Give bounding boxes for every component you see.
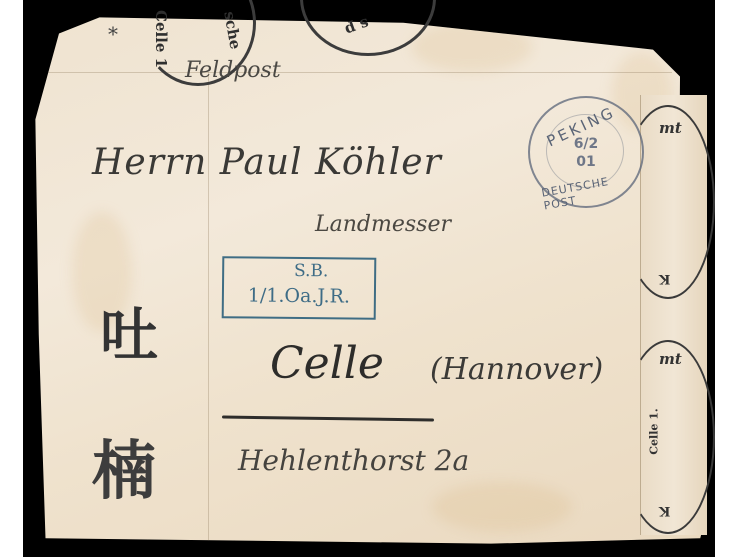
censor-letter-upper: K — [659, 271, 670, 286]
postmark-year: 01 — [530, 154, 642, 170]
left-margin — [0, 0, 23, 557]
stain — [412, 22, 532, 72]
censor-letter-lower: K — [659, 503, 670, 518]
addressee-title: Landmesser — [315, 212, 451, 237]
stain — [432, 482, 572, 532]
postmark-date: 6/2 — [530, 136, 642, 152]
asterisk-mark: * — [108, 22, 118, 46]
handwritten-top-annotation: Feldpost — [185, 58, 281, 83]
address-city: Celle — [270, 338, 384, 389]
unit-marking-line2: 1/1.Oa.J.R. — [224, 284, 374, 308]
censor-text-celle: Celle 1 — [152, 10, 170, 68]
chinese-character-1: 吐 — [100, 288, 158, 372]
addressee-name: Herrn Paul Köhler — [92, 142, 442, 183]
folded-flap: mt mt K K Celle 1. — [640, 95, 707, 535]
chinese-character-2: 楠 — [92, 420, 156, 512]
unit-marking-box: S.B. 1/1.Oa.J.R. — [222, 256, 377, 320]
right-margin — [715, 0, 740, 557]
censor-text-mt-upper: mt — [659, 119, 682, 137]
censor-text-celle-rotated: Celle 1. — [648, 408, 661, 454]
address-street: Hehlenthorst 2a — [238, 444, 469, 477]
address-region: (Hannover) — [430, 352, 603, 387]
peking-postmark: PEKING 6/2 01 DEUTSCHE POST — [528, 96, 644, 208]
fold-line — [32, 72, 672, 73]
unit-marking-line1: S.B. — [236, 260, 386, 282]
censor-text-mt-lower: mt — [659, 350, 682, 368]
